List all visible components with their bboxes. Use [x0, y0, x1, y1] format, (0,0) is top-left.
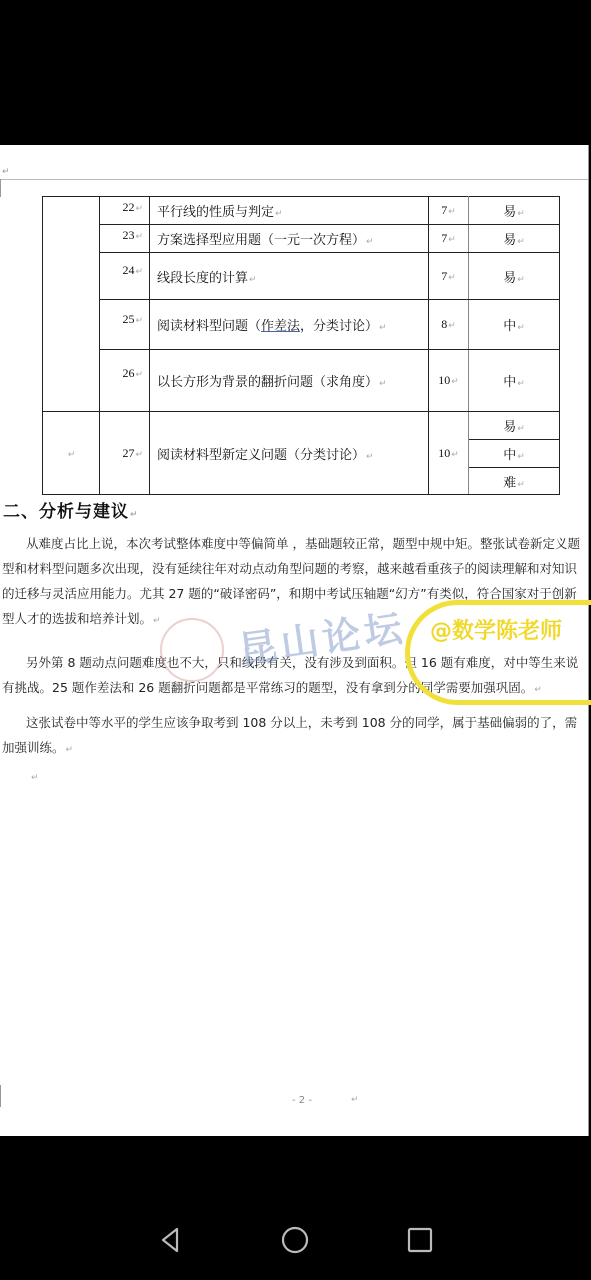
question-number: 22↵ [100, 197, 150, 225]
question-score: 10↵ [429, 350, 469, 412]
question-number: 24↵ [100, 253, 150, 300]
question-topic: 阅读材料型问题（作差法，分类讨论）↵ [150, 300, 429, 350]
paragraph-mark: ↵ [351, 1095, 359, 1105]
paragraph: 另外第 8 题动点问题难度也不大，只和线段有关，没有涉及到面积。但 16 题有难… [2, 650, 588, 703]
paragraph: 从难度占比上说，本次考试整体难度中等偏简单 ，基础题较正常，题型中规中矩。整张试… [2, 531, 588, 634]
margin-marker [0, 1085, 1, 1107]
question-difficulty: 易↵ [469, 412, 560, 440]
category-cell: ↵ [43, 412, 100, 495]
question-difficulty: 易↵ [469, 197, 560, 225]
question-topic: 阅读材料型新定义问题（分类讨论）↵ [150, 412, 429, 495]
table-row: 23↵ 方案选择型应用题（一元一次方程）↵ 7↵ 易↵ [43, 225, 560, 253]
table-row: 26↵ 以长方形为背景的翻折问题（求角度）↵ 10↵ 中↵ [43, 350, 560, 412]
header-divider [0, 179, 588, 180]
table-row: 22↵ 平行线的性质与判定↵ 7↵ 易↵ [43, 197, 560, 225]
question-score: 8↵ [429, 300, 469, 350]
question-number: 23↵ [100, 225, 150, 253]
paragraph-mark: ↵ [2, 167, 10, 177]
margin-marker [0, 179, 1, 197]
section-title: 二、分析与建议↵ [3, 497, 139, 522]
question-score: 7↵ [429, 225, 469, 253]
question-difficulty: 中↵ [469, 300, 560, 350]
document-page: ↵ 22↵ 平行线的性质与判定↵ 7↵ 易↵ 23↵ 方案选择型应用题（一元一次… [0, 145, 589, 1136]
question-difficulty: 中↵ [469, 350, 560, 412]
table-row: 24↵ 线段长度的计算↵ 7↵ 易↵ [43, 253, 560, 300]
question-number: 27↵ [100, 412, 150, 495]
question-topic: 方案选择型应用题（一元一次方程）↵ [150, 225, 429, 253]
question-score: 7↵ [429, 253, 469, 300]
category-cell [43, 197, 100, 412]
question-topic: 平行线的性质与判定↵ [150, 197, 429, 225]
question-table: 22↵ 平行线的性质与判定↵ 7↵ 易↵ 23↵ 方案选择型应用题（一元一次方程… [42, 196, 560, 495]
page-number: - 2 - [292, 1095, 312, 1106]
question-score: 7↵ [429, 197, 469, 225]
question-difficulty: 易↵ [469, 253, 560, 300]
table-row: ↵ 27↵ 阅读材料型新定义问题（分类讨论）↵ 10↵ 易↵ [43, 412, 560, 440]
question-topic: 线段长度的计算↵ [150, 253, 429, 300]
paragraph: 这张试卷中等水平的学生应该争取考到 108 分以上，未考到 108 分的同学，属… [2, 710, 588, 763]
empty-paragraph-mark: ↵ [31, 773, 39, 783]
question-difficulty: 难↵ [469, 468, 560, 495]
question-difficulty: 中↵ [469, 440, 560, 468]
question-score: 10↵ [429, 412, 469, 495]
back-icon[interactable] [155, 1225, 185, 1255]
recents-icon[interactable] [405, 1225, 435, 1255]
table-row: 25↵ 阅读材料型问题（作差法，分类讨论）↵ 8↵ 中↵ [43, 300, 560, 350]
question-number: 25↵ [100, 300, 150, 350]
question-difficulty: 易↵ [469, 225, 560, 253]
question-topic: 以长方形为背景的翻折问题（求角度）↵ [150, 350, 429, 412]
android-navbar [0, 1180, 591, 1280]
question-number: 26↵ [100, 350, 150, 412]
home-icon[interactable] [280, 1225, 310, 1255]
